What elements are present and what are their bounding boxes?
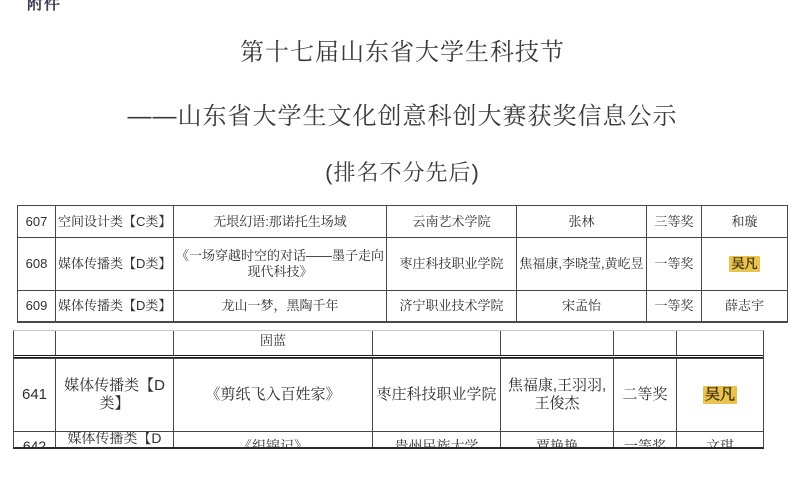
page-subtitle: ——山东省大学生文化创意科创大赛获奖信息公示 <box>0 96 805 131</box>
cell-id: 608 <box>18 238 55 290</box>
cell-members: 宋孟怡 <box>516 291 646 321</box>
cell-school: 枣庄科技职业学院 <box>372 359 500 431</box>
cell-category: 媒体传播类【D类】 <box>55 291 173 321</box>
cell-school: 枣庄科技职业学院 <box>386 238 516 290</box>
table-row: 641 媒体传播类【D类】 《剪纸飞入百姓家》 枣庄科技职业学院 焦福康,王羽羽… <box>14 358 763 431</box>
document-page: { "page": { "attachment_label": "附件", "t… <box>0 0 805 496</box>
cell-id <box>14 331 55 355</box>
cell-members <box>500 331 613 355</box>
cell-school <box>372 331 500 355</box>
table-row: 608 媒体传播类【D类】 《一场穿越时空的对话——墨子走向现代科技》 枣庄科技… <box>18 237 787 290</box>
cell-advisor <box>676 331 763 355</box>
cell-project: 龙山一梦，黑陶千年 <box>173 291 386 321</box>
cell-category <box>55 331 173 355</box>
cell-category: 媒体传播类【D类】 <box>55 238 173 290</box>
table-row-clipped-wrapper: 642 媒体传播类【D类】 《织锦记》 贵州民族大学 覃艳艳 一等奖 文琪 <box>14 431 763 447</box>
cell-project: 《一场穿越时空的对话——墨子走向现代科技》 <box>173 238 386 290</box>
cell-members: 覃艳艳 <box>500 432 613 447</box>
table-row: 609 媒体传播类【D类】 龙山一梦，黑陶千年 济宁职业技术学院 宋孟怡 一等奖… <box>18 290 787 321</box>
cell-category: 媒体传播类【D类】 <box>55 359 173 431</box>
cell-category: 空间设计类【C类】 <box>55 206 173 237</box>
cell-members: 焦福康,王羽羽,王俊杰 <box>500 359 613 431</box>
cell-award: 二等奖 <box>613 359 676 431</box>
cell-id: 609 <box>18 291 55 321</box>
awards-table-top: 607 空间设计类【C类】 无垠幻语:那诺托生场域 云南艺术学院 张林 三等奖 … <box>17 205 788 323</box>
cell-id: 607 <box>18 206 55 237</box>
highlighted-advisor-name: 吴凡 <box>729 256 759 272</box>
cell-id: 641 <box>14 359 55 431</box>
cell-project-fragment: 固蓝 <box>173 331 372 355</box>
table-row-partial: 固蓝 <box>14 331 763 358</box>
page-title: 第十七届山东省大学生科技节 <box>0 32 805 67</box>
cell-members: 焦福康,李晓莹,黄屹昱 <box>516 238 646 290</box>
cell-project: 无垠幻语:那诺托生场域 <box>173 206 386 237</box>
table-row: 642 媒体传播类【D类】 《织锦记》 贵州民族大学 覃艳艳 一等奖 文琪 <box>14 432 763 447</box>
cell-advisor: 薛志宇 <box>701 291 787 321</box>
cell-advisor: 和璇 <box>701 206 787 237</box>
cell-school: 云南艺术学院 <box>386 206 516 237</box>
cell-award <box>613 331 676 355</box>
cell-project: 《剪纸飞入百姓家》 <box>173 359 372 431</box>
cell-category: 媒体传播类【D类】 <box>55 432 173 447</box>
cell-project: 《织锦记》 <box>173 432 372 447</box>
cell-school: 贵州民族大学 <box>372 432 500 447</box>
cell-id: 642 <box>14 432 55 447</box>
table-row: 607 空间设计类【C类】 无垠幻语:那诺托生场域 云南艺术学院 张林 三等奖 … <box>18 206 787 237</box>
cell-members: 张林 <box>516 206 646 237</box>
cell-school: 济宁职业技术学院 <box>386 291 516 321</box>
ranking-note: (排名不分先后) <box>0 156 805 187</box>
highlighted-advisor-name: 吴凡 <box>703 386 737 404</box>
cell-advisor: 文琪 <box>676 432 763 447</box>
cell-advisor: 吴凡 <box>676 359 763 431</box>
cell-advisor: 吴凡 <box>701 238 787 290</box>
attachment-label: 附件 <box>27 0 61 14</box>
cell-award: 三等奖 <box>646 206 701 237</box>
cell-award: 一等奖 <box>646 291 701 321</box>
cell-award: 一等奖 <box>646 238 701 290</box>
awards-table-bottom: 固蓝 641 媒体传播类【D类】 《剪纸飞入百姓家》 枣庄科技职业学院 焦福康,… <box>13 330 764 449</box>
cell-award: 一等奖 <box>613 432 676 447</box>
